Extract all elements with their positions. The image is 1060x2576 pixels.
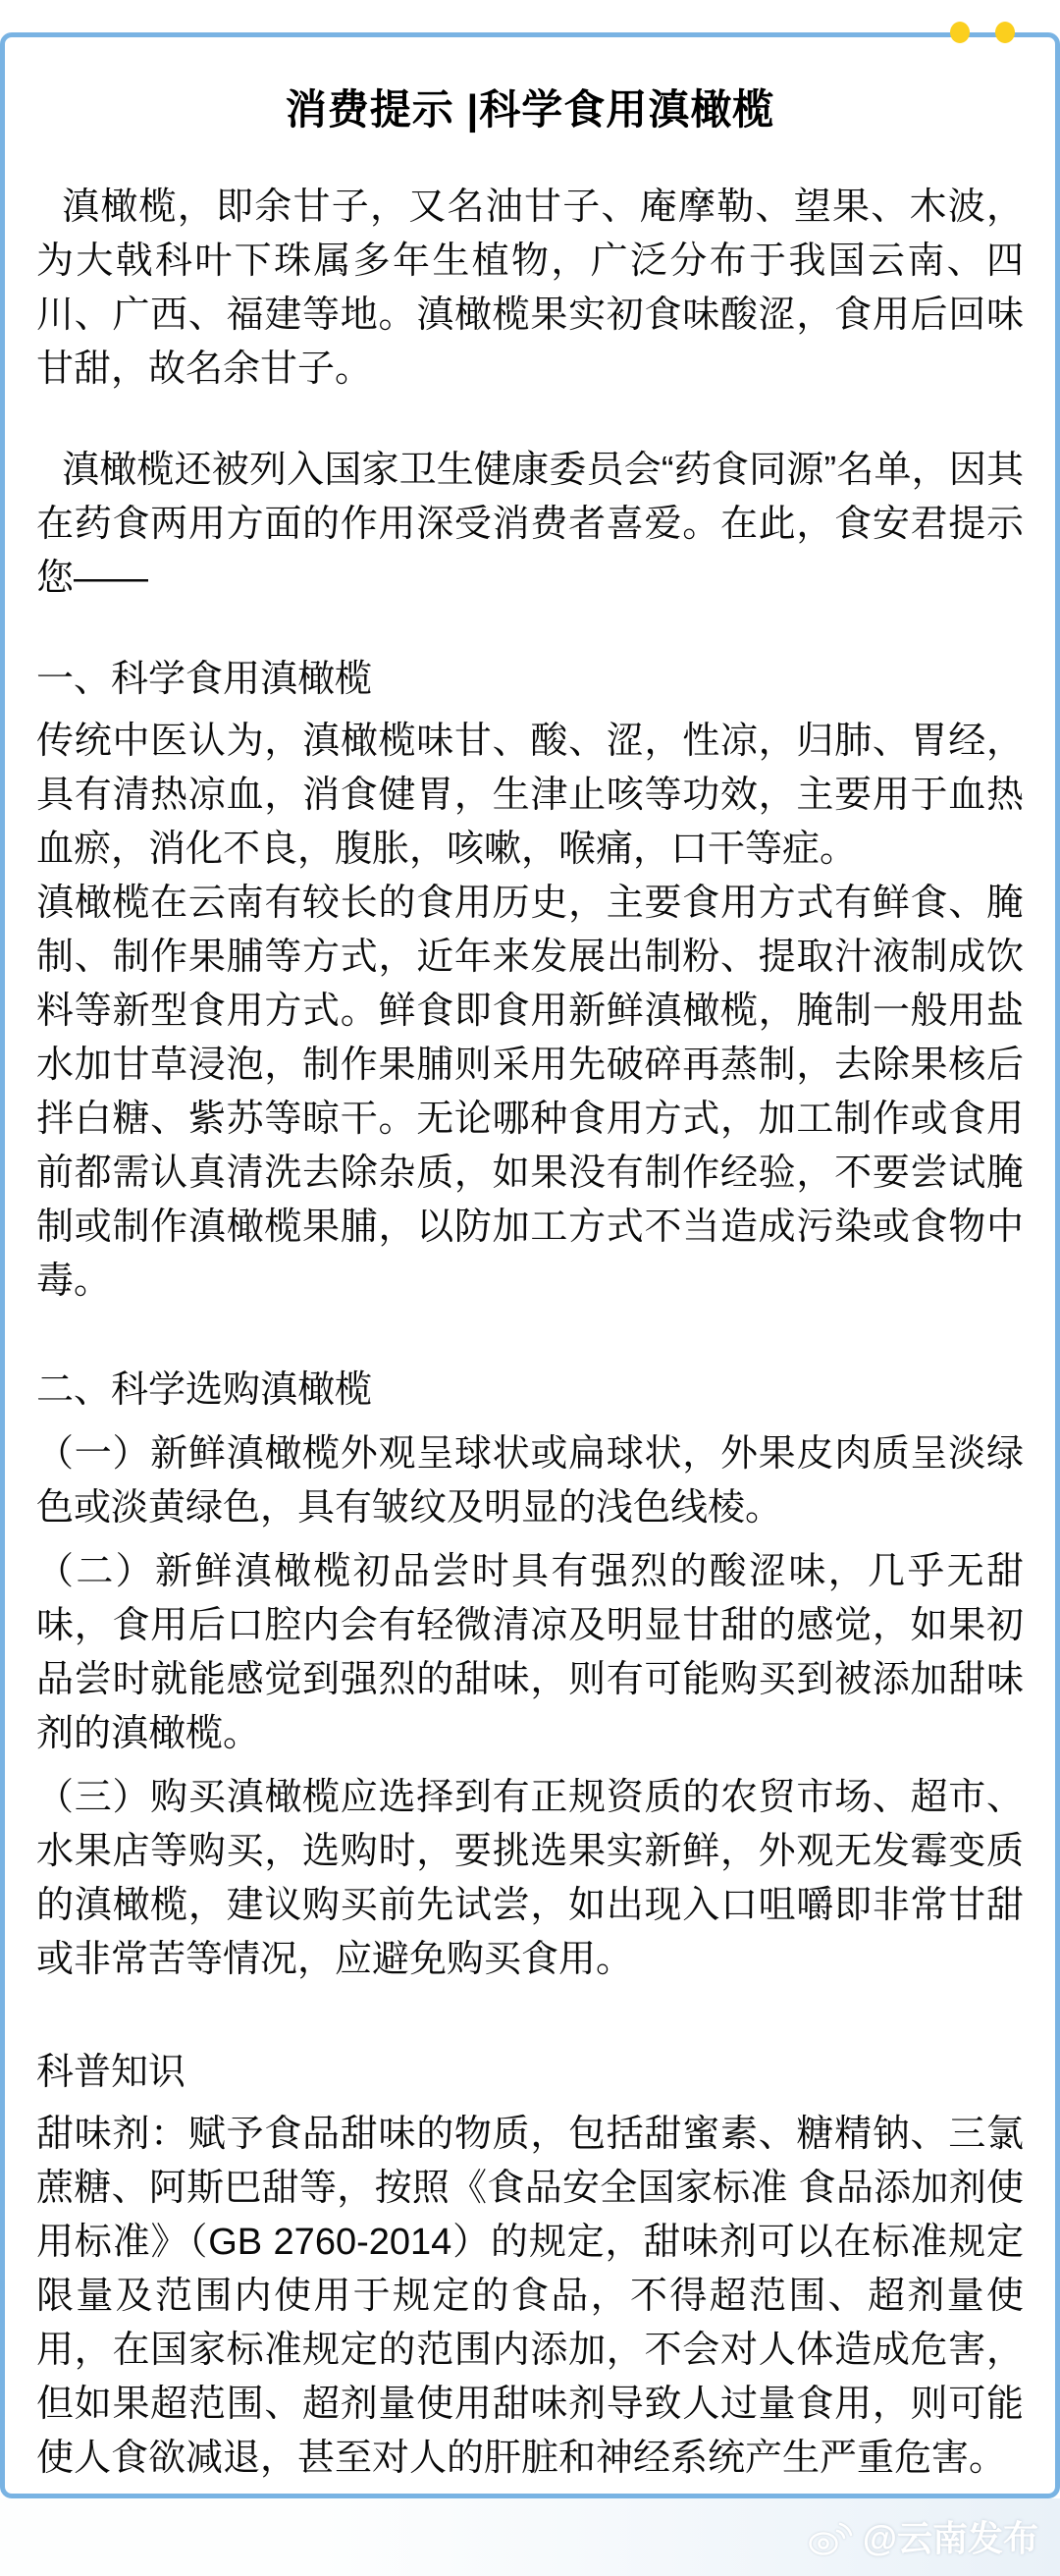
- section2-item-2: （二）新鲜滇橄榄初品尝时具有强烈的酸涩味，几乎无甜味，食用后口腔内会有轻微清凉及…: [36, 1545, 1024, 1761]
- section2-item-3: （三）购买滇橄榄应选择到有正规资质的农贸市场、超市、水果店等购买，选购时，要挑选…: [36, 1771, 1024, 1987]
- intro-paragraph-1: 滇橄榄，即余甘子，又名油甘子、庵摩勒、望果、木波，为大戟科叶下珠属多年生植物，广…: [36, 181, 1024, 397]
- section2-item-1: （一）新鲜滇橄榄外观呈球状或扁球状，外果皮肉质呈淡绿色或淡黄绿色，具有皱纹及明显…: [36, 1427, 1024, 1535]
- decor-dot-right: [995, 22, 1015, 43]
- watermark: @云南发布: [808, 2511, 1038, 2561]
- page: { "colors": { "border_blue": "#79B3E3", …: [0, 0, 1060, 2576]
- weibo-icon: [808, 2517, 853, 2556]
- page-title: 消费提示 |科学食用滇橄榄: [36, 84, 1024, 135]
- section1-paragraph-1: 传统中医认为，滇橄榄味甘、酸、涩，性凉，归肺、胃经，具有清热凉血，消食健胃，生津…: [36, 715, 1024, 877]
- section-heading-1: 一、科学食用滇橄榄: [36, 653, 1024, 707]
- section1-paragraph-2: 滇橄榄在云南有较长的食用历史，主要食用方式有鲜食、腌制、制作果脯等方式，近年来发…: [36, 877, 1024, 1309]
- content-card: 消费提示 |科学食用滇橄榄 滇橄榄，即余甘子，又名油甘子、庵摩勒、望果、木波，为…: [0, 32, 1060, 2498]
- watermark-handle: @云南发布: [863, 2511, 1038, 2561]
- decor-dot-left: [950, 22, 970, 43]
- section-heading-2: 二、科学选购滇橄榄: [36, 1364, 1024, 1418]
- section-heading-3: 科普知识: [36, 2046, 1024, 2100]
- intro-paragraph-2: 滇橄榄还被列入国家卫生健康委员会“药食同源”名单，因其在药食两用方面的作用深受消…: [36, 444, 1024, 606]
- science-knowledge-paragraph: 甜味剂：赋予食品甜味的物质，包括甜蜜素、糖精钠、三氯蔗糖、阿斯巴甜等，按照《食品…: [36, 2108, 1024, 2486]
